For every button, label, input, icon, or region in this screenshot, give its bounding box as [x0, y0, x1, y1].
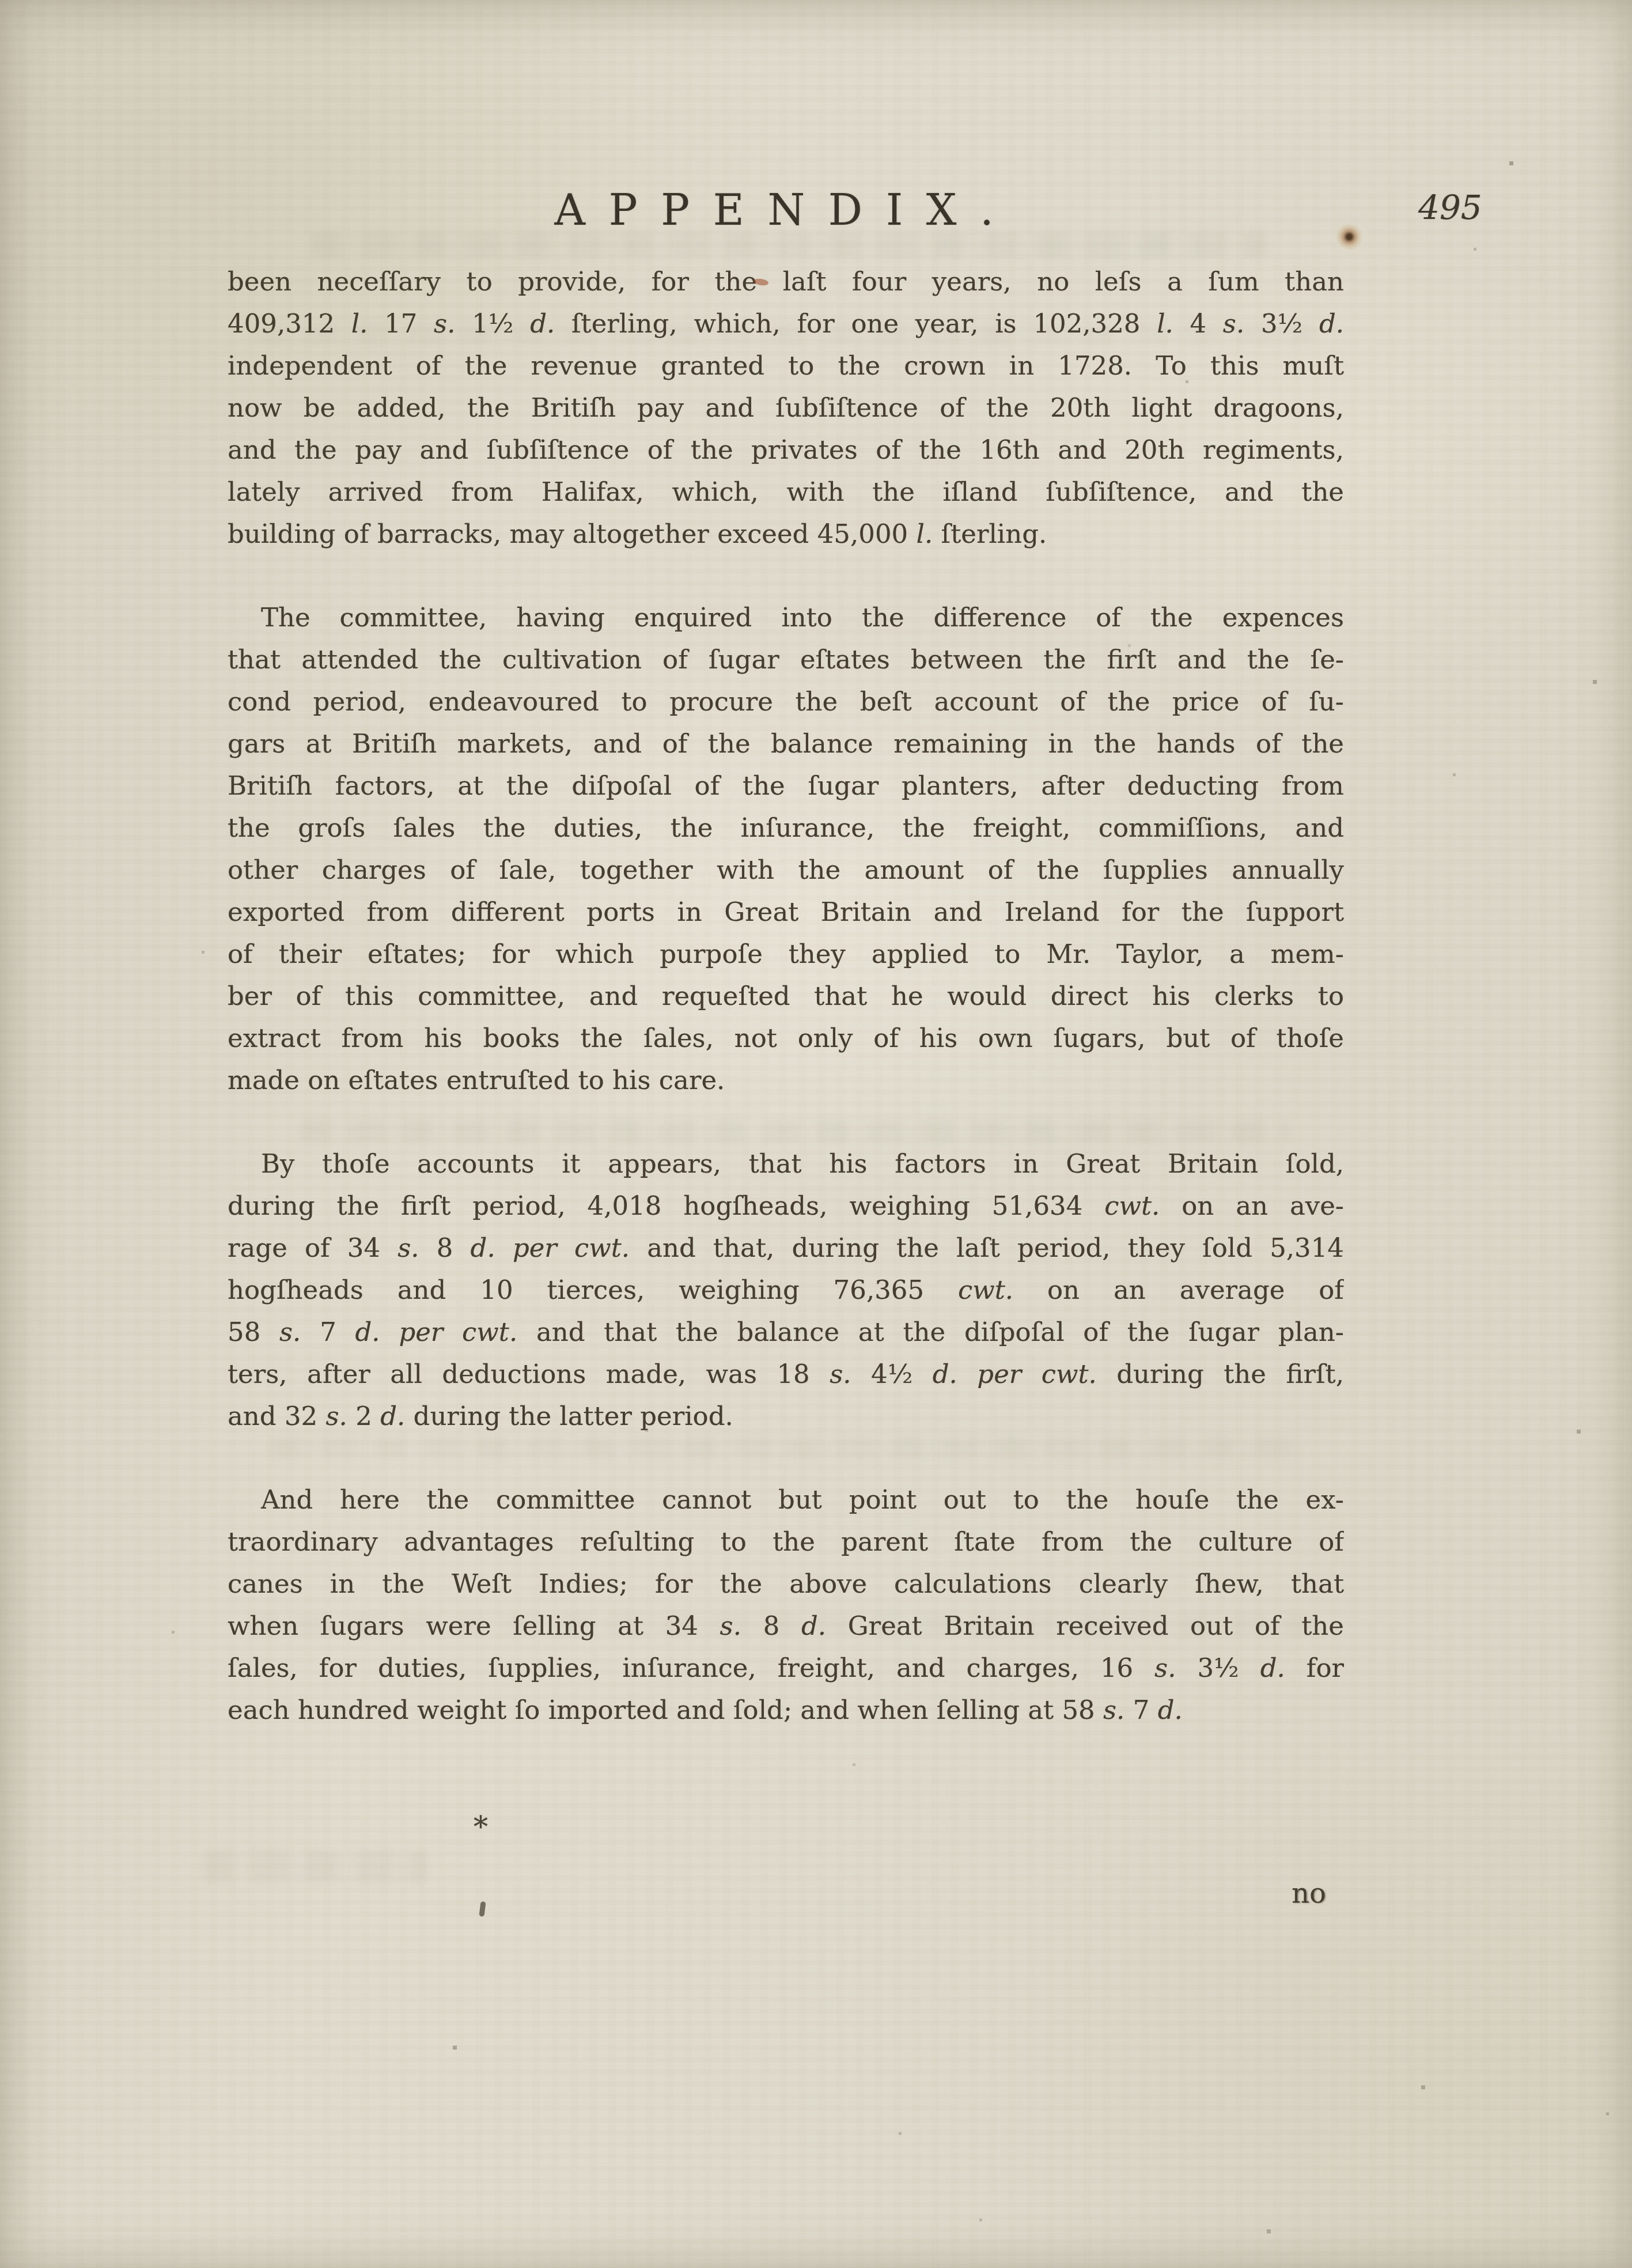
paper-specks [0, 0, 1, 1]
text-line: rage of 34 s. 8 d. per cwt. and that, du… [228, 1227, 1344, 1269]
text-line: Britiſh factors, at the diſpoſal of the … [228, 765, 1344, 807]
showthrough-band [311, 232, 1267, 258]
text-line: hogſheads and 10 tierces, weighing 76,36… [228, 1269, 1344, 1311]
text-line: traordinary advantages reſulting to the … [228, 1521, 1344, 1563]
text-line: The committee, having enquired into the … [228, 596, 1344, 638]
text-line: other charges of ſale, together with the… [228, 849, 1344, 891]
text-line: been neceſſary to provide, for the laſt … [228, 260, 1344, 303]
page-number: 495 [1418, 188, 1482, 227]
body-paragraph-2: The committee, having enquired into the … [228, 596, 1344, 1101]
body-paragraph-4: And here the committee cannot but point … [228, 1479, 1344, 1731]
text-line: independent of the revenue granted to th… [228, 345, 1344, 387]
text-line: that attended the cultivation of ſugar e… [228, 638, 1344, 681]
text-line: gars at Britiſh markets, and of the bala… [228, 723, 1344, 765]
page-title: APPENDIX. [228, 186, 1344, 235]
text-line: 409,312 l. 17 s. 1½ d. ſterling, which, … [228, 303, 1344, 345]
footnote-asterisk: * [474, 1810, 488, 1844]
body-paragraph-3: By thoſe accounts it appears, that his f… [228, 1143, 1344, 1437]
text-line: canes in the Weſt Indies; for the above … [228, 1563, 1344, 1605]
text-line: And here the committee cannot but point … [228, 1479, 1344, 1521]
text-line: now be added, the Britiſh pay and ſubſiſ… [228, 387, 1344, 429]
text-line: By thoſe accounts it appears, that his f… [228, 1143, 1344, 1185]
paper-stain [1336, 222, 1364, 250]
body-text: been neceſſary to provide, for the laſt … [228, 260, 1344, 1731]
text-line: and 32 s. 2 d. during the latter period. [228, 1395, 1344, 1437]
text-line: each hundred weight ſo imported and ſold… [228, 1689, 1344, 1731]
text-line: cond period, endeavoured to procure the … [228, 681, 1344, 723]
text-line: of their eſtates; for which purpoſe they… [228, 933, 1344, 975]
text-line: ſales, for duties, ſupplies, inſurance, … [228, 1647, 1344, 1689]
text-line: 58 s. 7 d. per cwt. and that the balance… [228, 1311, 1344, 1353]
text-line: when ſugars were ſelling at 34 s. 8 d. G… [228, 1605, 1344, 1647]
text-line: ters, after all deductions made, was 18 … [228, 1353, 1344, 1395]
text-line: made on eſtates entruſted to his care. [228, 1059, 1344, 1101]
body-paragraph-1: been neceſſary to provide, for the laſt … [228, 260, 1344, 555]
book-page: APPENDIX. 495 been neceſſary to provide,… [0, 0, 1632, 2268]
text-line: and the pay and ſubſiſtence of the priva… [228, 429, 1344, 471]
text-line: extract from his books the ſales, not on… [228, 1017, 1344, 1059]
text-line: the groſs ſales the duties, the inſuranc… [228, 807, 1344, 849]
ink-mark [479, 1902, 486, 1917]
showthrough-band [203, 1850, 427, 1883]
text-line: lately arrived from Halifax, which, with… [228, 471, 1344, 513]
text-line: exported from different ports in Great B… [228, 891, 1344, 933]
text-line: ber of this committee, and requeſted tha… [228, 975, 1344, 1017]
text-line: building of barracks, may altogether exc… [228, 513, 1344, 555]
catchword: no [1292, 1877, 1326, 1910]
text-line: during the firſt period, 4,018 hogſheads… [228, 1185, 1344, 1227]
